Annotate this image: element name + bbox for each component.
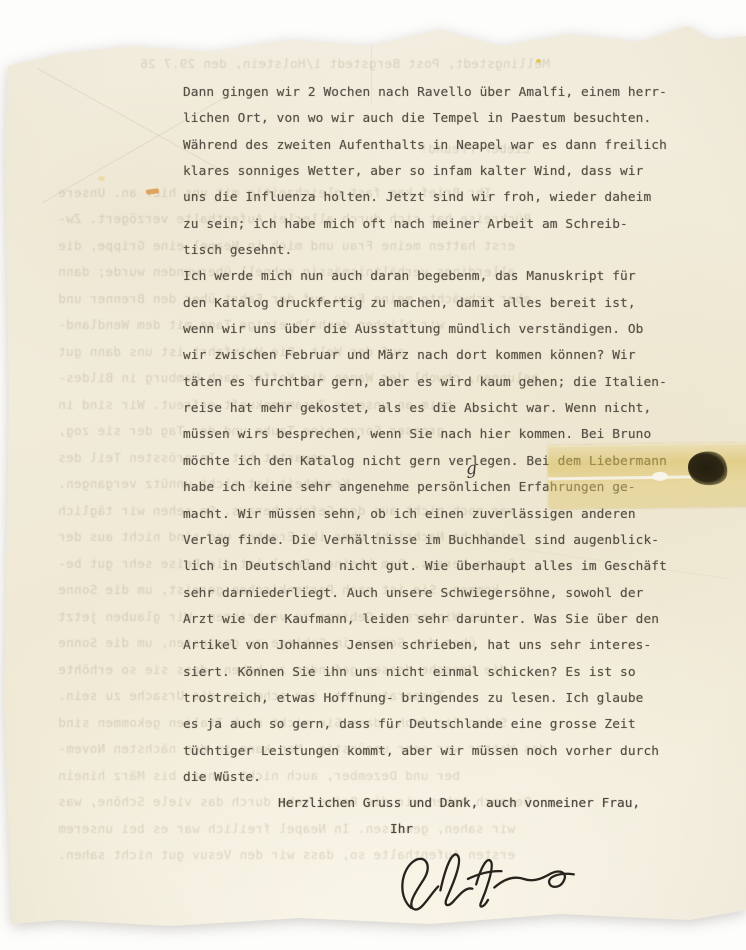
typed-line: habe ich keine sehr angenehme persönlich… — [183, 475, 667, 501]
bleedthrough-line: Ihr Brief kam fast gleichzeitig mit uns … — [58, 185, 492, 200]
bleedthrough-line: Seien Sie froh, dass Sie nicht nach Ital… — [58, 715, 507, 730]
letter-scan-page: Mellingstedt, Post Bergstedt i/Holstein,… — [0, 0, 746, 950]
crease-line — [37, 68, 226, 173]
bleedthrough-line: Krankheit ist nicht unnütz vergangen. — [58, 476, 350, 491]
typed-line: die Wüste. — [183, 765, 667, 791]
typed-line: reise hat mehr gekostet, als es die Absi… — [183, 396, 667, 422]
valediction: Ihr — [390, 817, 413, 843]
typed-line: den Katalog druckfertig zu machen, damit… — [183, 291, 667, 317]
bleedthrough-line: das Wetter war sehr ungünstig. Man kann … — [58, 741, 547, 756]
paper-shadow-wrap: Mellingstedt, Post Bergstedt i/Holstein,… — [0, 0, 746, 950]
bleedthrough-line: heim an unserer Zusammenkunft erfreut. W… — [58, 397, 452, 412]
bleedthrough-line: war noch nicht aus der Gefahr heraus. So… — [58, 503, 515, 518]
yellow-speck — [98, 176, 105, 181]
typed-line: wir zwischen Februar und März nach dort … — [183, 343, 667, 369]
bleedthrough-line: gewartet hat. Im grössten Teil des — [58, 450, 326, 465]
bleedthrough-line: allerdings verhältnismässig schnell über… — [58, 264, 515, 279]
typed-line: Ich werde mich nun auch daran begebenm, … — [183, 264, 667, 290]
typed-line: Dann gingen wir 2 Wochen nach Ravello üb… — [183, 80, 667, 106]
bleedthrough-layer: Mellingstedt, Post Bergstedt i/Holstein,… — [0, 0, 746, 950]
typed-line: lich in Deutschland nicht gut. Wie überh… — [183, 554, 667, 580]
tape-scratch — [548, 475, 704, 480]
bleedthrough-line: Temperatur hat; sie scheinen die Ursache… — [58, 688, 444, 703]
bleedthrough-line: Sorge heraus. Dem kleinen Engel ist die … — [58, 556, 515, 571]
typed-line: täten es furchtbar gern, aber es wird ka… — [183, 370, 667, 396]
bleedthrough-line: Dennoch haben wir die Reise sehr durch d… — [58, 794, 531, 809]
typed-line: möchte ich den Katalog nicht gern verleg… — [183, 449, 667, 475]
typed-line: müssen wirs besprechen, wenn Sie nach hi… — [183, 422, 667, 448]
typed-line: trostreich, etwas Hoffnung- bringendes z… — [183, 686, 667, 712]
bleedthrough-line: kommen. Sie ist nach Partenkirchen gerei… — [58, 582, 499, 597]
bleedthrough-line: Lieber Freund! — [420, 141, 530, 156]
crease-line — [471, 542, 729, 579]
typed-line: Verlag finde. Die Verhältnisse im Buchha… — [183, 528, 667, 554]
bleedthrough-line: aber schwächte meine Frau auf der Fahrt … — [58, 291, 531, 306]
typed-line: Artikel von Johannes Jensen schrieben, h… — [183, 633, 667, 659]
yellow-speck — [536, 59, 541, 63]
bleedthrough-line: des Winters im Gebirge zu verbringen. Wi… — [58, 609, 492, 624]
bleedthrough-line: über den Sommer im Gebirge zu geniessen,… — [58, 635, 476, 650]
typed-line: tüchtiger Leistungen kommt, aber wir müs… — [183, 739, 667, 765]
bleedthrough-line: gelungen, obwohl der Wagen die Koffer na… — [58, 370, 539, 385]
orange-stain — [146, 188, 160, 195]
pencil-mark — [42, 24, 88, 44]
bleedthrough-line: ber und Dezember, auch nicht Januar bis … — [58, 768, 460, 783]
bleedthrough-line: Mellingstedt, Post Bergstedt i/Holstein,… — [140, 56, 550, 71]
crease-line — [371, 18, 372, 104]
closing-line: Herzlichen Gruss und Dank, auch vonmeine… — [278, 791, 640, 817]
ink-blob — [685, 448, 731, 489]
typed-line: sehr darniederliegt. Auch unsere Schwieg… — [183, 581, 667, 607]
paper-sheet: Mellingstedt, Post Bergstedt i/Holstein,… — [0, 0, 746, 950]
bleedthrough-line: erst hatten meine Frau und mich in Neape… — [58, 238, 515, 253]
typed-line: es ja auch so gern, dass für Deutschland… — [183, 712, 667, 738]
bleedthrough-line: ersten Aufenthalte so, dass wir den Vesu… — [58, 847, 515, 862]
handwritten-correction: g — [465, 458, 478, 479]
crease-line — [42, 98, 224, 204]
bleedthrough-line: grosser Sorge eine Taube und der Tag der… — [58, 423, 444, 438]
bleedthrough-line: zwiefache Nachricht über ihr Ergehen und… — [58, 529, 523, 544]
typed-line: zu sein; ich habe mich oft nach meiner A… — [183, 212, 667, 238]
bleedthrough-line: wir blieben deshalb einige Tage mit dem … — [58, 317, 444, 332]
typed-line: macht. Wir müssen sehn, ob ich einen zuv… — [183, 502, 667, 528]
letter-body: Dann gingen wir 2 Wochen nach Ravello üb… — [183, 80, 667, 791]
tape-hole — [652, 472, 668, 481]
bleedthrough-line: die Ursache dessen gefunden zu haben, da… — [58, 662, 507, 677]
tape-repair — [548, 443, 746, 510]
typed-line: Während des zweiten Aufenthalts in Neape… — [183, 133, 667, 159]
typed-line: klares sonniges Wetter, aber so infam ka… — [183, 159, 667, 185]
bleedthrough-line: auf der Welt. Die Heimfahrt ist uns dann… — [58, 344, 405, 359]
typed-line: wenn wir uns über die Ausstattung mündli… — [183, 317, 667, 343]
bleedthrough-line: Rückreise hat sich durch allerlei Aufent… — [58, 211, 531, 226]
typed-line: Arzt wie der Kaufmann, leiden sehr darun… — [183, 607, 667, 633]
bleedthrough-line: wir sahen, genossen. In Neapel freilich … — [58, 821, 515, 836]
typed-line: uns die Influenza holten. Jetzt sind wir… — [183, 185, 667, 211]
typed-line: siert. Können Sie ihn uns nicht einmal s… — [183, 660, 667, 686]
typed-line: lichen Ort, von wo wir auch die Tempel i… — [183, 106, 667, 132]
typed-line: tisch gesehnt. — [183, 238, 667, 264]
signature-ink — [386, 837, 585, 925]
